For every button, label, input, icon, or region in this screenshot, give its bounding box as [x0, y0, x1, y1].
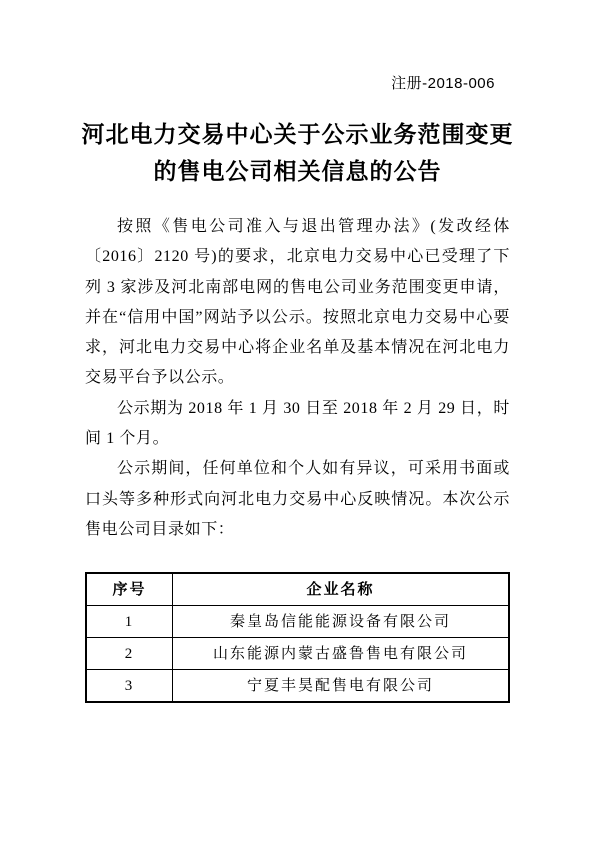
cell-company-name: 宁夏丰昊配售电有限公司: [173, 670, 510, 703]
table-header-row: 序号 企业名称: [86, 573, 509, 606]
table-row: 3宁夏丰昊配售电有限公司: [86, 670, 509, 703]
paragraph-period: 公示期为 2018 年 1 月 30 日至 2018 年 2 月 29 日，时间…: [85, 394, 510, 455]
doc-number: 注册-2018-006: [391, 72, 495, 93]
cell-company-name: 山东能源内蒙古盛鲁售电有限公司: [173, 638, 510, 670]
company-table: 序号 企业名称 1秦皇岛信能能源设备有限公司2山东能源内蒙古盛鲁售电有限公司3宁…: [85, 572, 510, 703]
table-row: 1秦皇岛信能能源设备有限公司: [86, 606, 509, 638]
cell-company-name: 秦皇岛信能能源设备有限公司: [173, 606, 510, 638]
paragraph-objection: 公示期间，任何单位和个人如有异议，可采用书面或口头等多种形式向河北电力交易中心反…: [85, 454, 510, 545]
cell-index: 1: [86, 606, 173, 638]
document-page: 注册-2018-006 河北电力交易中心关于公示业务范围变更 的售电公司相关信息…: [0, 0, 595, 842]
cell-index: 3: [86, 670, 173, 703]
title-line-1: 河北电力交易中心关于公示业务范围变更: [48, 116, 547, 153]
header-index: 序号: [86, 573, 173, 606]
cell-index: 2: [86, 638, 173, 670]
title-line-2: 的售电公司相关信息的公告: [48, 153, 547, 190]
table-row: 2山东能源内蒙古盛鲁售电有限公司: [86, 638, 509, 670]
document-body: 按照《售电公司准入与退出管理办法》(发改经体〔2016〕2120 号)的要求，北…: [85, 212, 510, 703]
header-company-name: 企业名称: [173, 573, 510, 606]
paragraph-intro: 按照《售电公司准入与退出管理办法》(发改经体〔2016〕2120 号)的要求，北…: [85, 212, 510, 394]
page-title: 河北电力交易中心关于公示业务范围变更 的售电公司相关信息的公告: [48, 116, 547, 190]
